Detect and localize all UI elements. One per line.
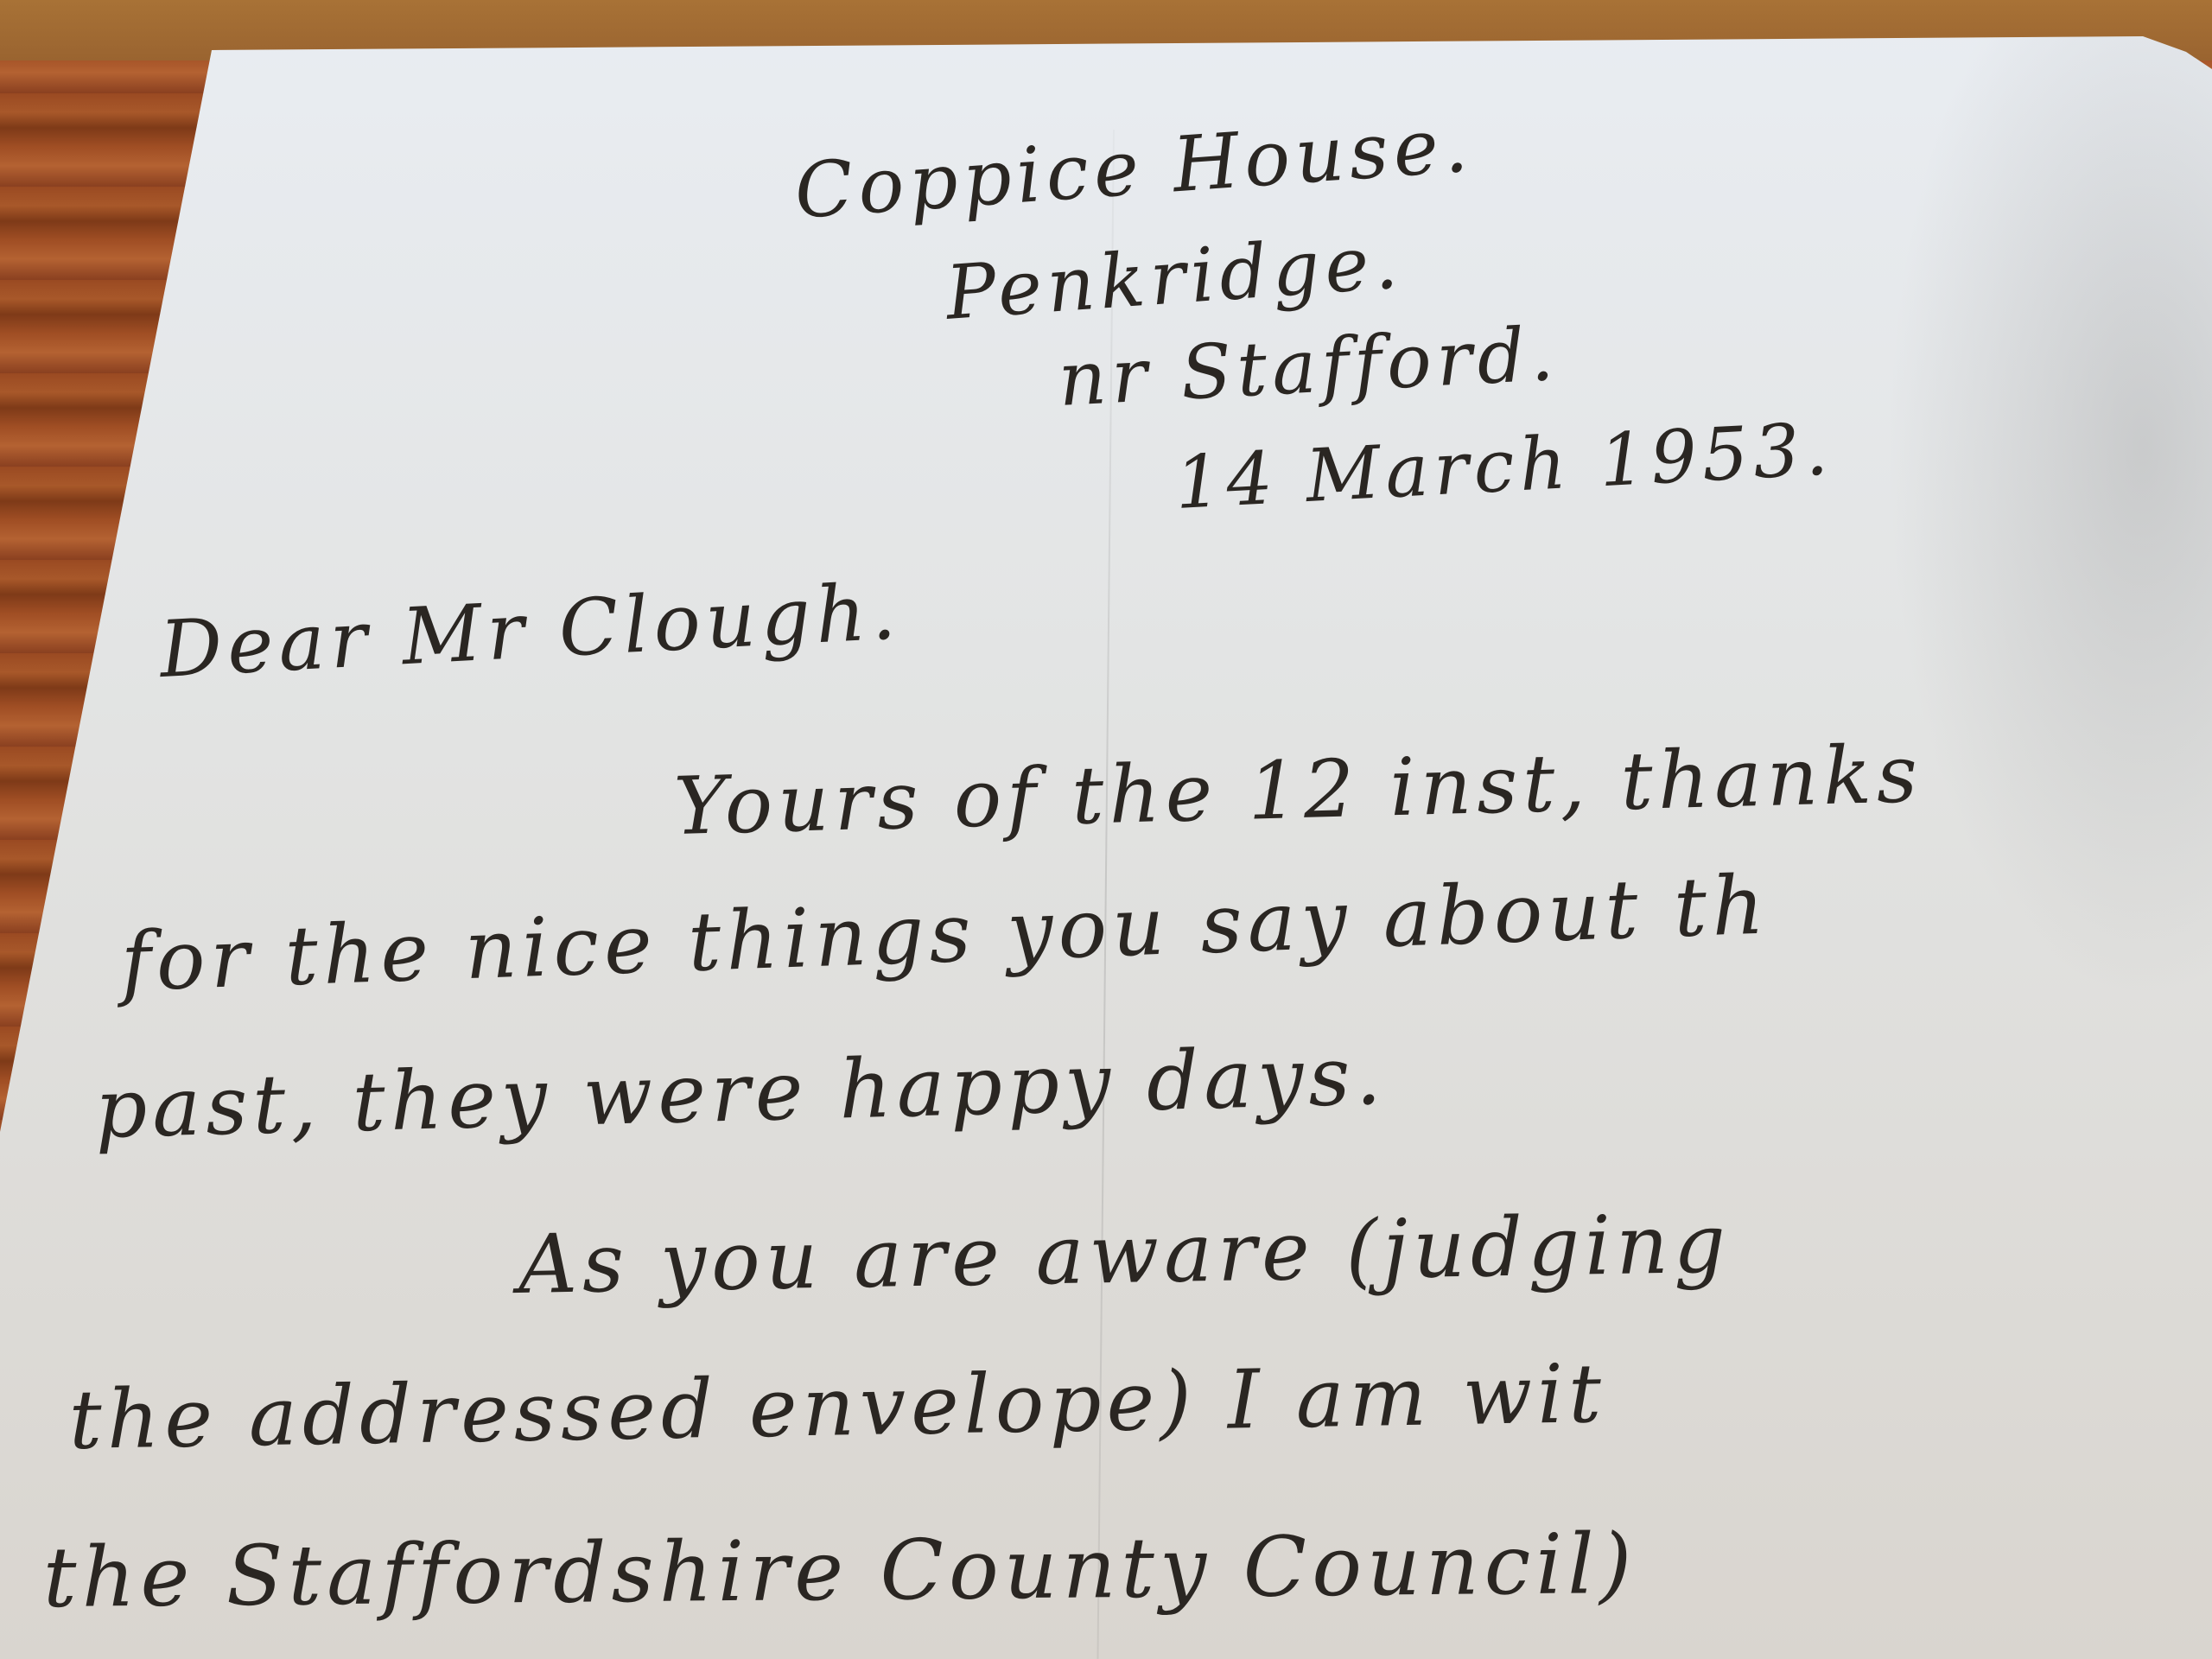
salutation: Dear Mr Clough. bbox=[157, 566, 903, 696]
address-line-2: Penkridge. bbox=[944, 219, 1406, 337]
letter-page: Coppice House. Penkridge. nr Stafford. 1… bbox=[0, 0, 2212, 1659]
body-line-4: As you are aware (judging bbox=[518, 1198, 1732, 1313]
address-line-1: Coppice House. bbox=[791, 99, 1475, 236]
address-line-3: nr Stafford. bbox=[1056, 311, 1560, 423]
body-line-5: the addressed envelope) I am wit bbox=[68, 1347, 1607, 1468]
body-line-2: for the nice things you say about th bbox=[119, 858, 1770, 1010]
body-line-3: past, they were happy days. bbox=[94, 1029, 1388, 1157]
letter-date: 14 March 1953. bbox=[1173, 406, 1834, 525]
body-line-6: the Staffordshire County Council) bbox=[43, 1516, 1637, 1626]
body-line-1: Yours of the 12 inst, thanks bbox=[673, 728, 1924, 853]
